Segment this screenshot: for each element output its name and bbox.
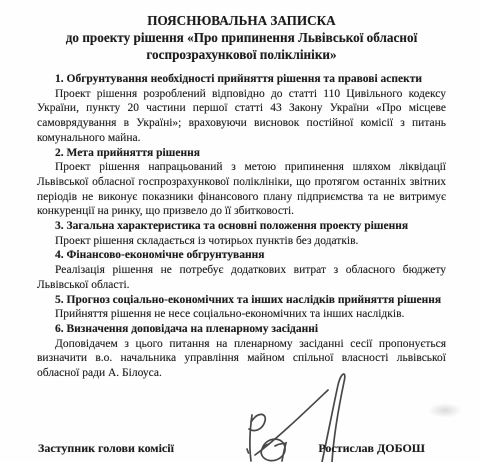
document-body: ПОЯСНЮВАЛЬНА ЗАПИСКА до проекту рішення … xyxy=(37,12,446,381)
section-paragraph: Проект рішення розроблений відповідно до… xyxy=(37,87,446,146)
signer-position-label: Заступник голови комісії xyxy=(38,441,174,456)
document-section-1: 1. Обгрунтування необхідності прийняття … xyxy=(37,72,446,146)
section-heading: 1. Обгрунтування необхідності прийняття … xyxy=(37,72,446,87)
document-section-2: 2. Мета прийняття рішення Проект рішення… xyxy=(37,146,446,220)
document-title-block: ПОЯСНЮВАЛЬНА ЗАПИСКА до проекту рішення … xyxy=(37,12,446,63)
scan-smudge xyxy=(428,403,462,418)
document-subtitle-line-1: до проекту рішення «Про припинення Львів… xyxy=(37,29,446,46)
section-paragraph: Проект рішення напрацьований з метою при… xyxy=(37,160,446,219)
document-title: ПОЯСНЮВАЛЬНА ЗАПИСКА xyxy=(37,12,446,29)
section-heading: 4. Фінансово-економічне обгрунтування xyxy=(37,248,446,263)
document-subtitle-line-2: госпрозрахункової поліклініки» xyxy=(37,46,446,63)
signature-footer: Заступник голови комісії Ростислав ДОБОШ xyxy=(38,441,425,456)
document-section-3: 3. Загальна характеристика та основні по… xyxy=(37,219,446,248)
section-heading: 6. Визначення доповідача на пленарному з… xyxy=(37,322,446,337)
section-heading: 2. Мета прийняття рішення xyxy=(37,146,446,161)
scanned-document-page: ПОЯСНЮВАЛЬНА ЗАПИСКА до проекту рішення … xyxy=(0,0,480,462)
section-paragraph: Проект рішення складається із чотирьох п… xyxy=(37,234,446,249)
document-section-5: 5. Прогноз соціально-економічних та інши… xyxy=(37,293,446,322)
signer-name-label: Ростислав ДОБОШ xyxy=(318,441,425,456)
section-heading: 3. Загальна характеристика та основні по… xyxy=(37,219,446,234)
document-section-4: 4. Фінансово-економічне обгрунтування Ре… xyxy=(37,248,446,292)
section-heading: 5. Прогноз соціально-економічних та інши… xyxy=(37,293,446,308)
section-paragraph: Реалізація рішення не потребує додаткови… xyxy=(37,263,446,292)
section-paragraph: Прийняття рішення не несе соціально-екон… xyxy=(37,307,446,322)
